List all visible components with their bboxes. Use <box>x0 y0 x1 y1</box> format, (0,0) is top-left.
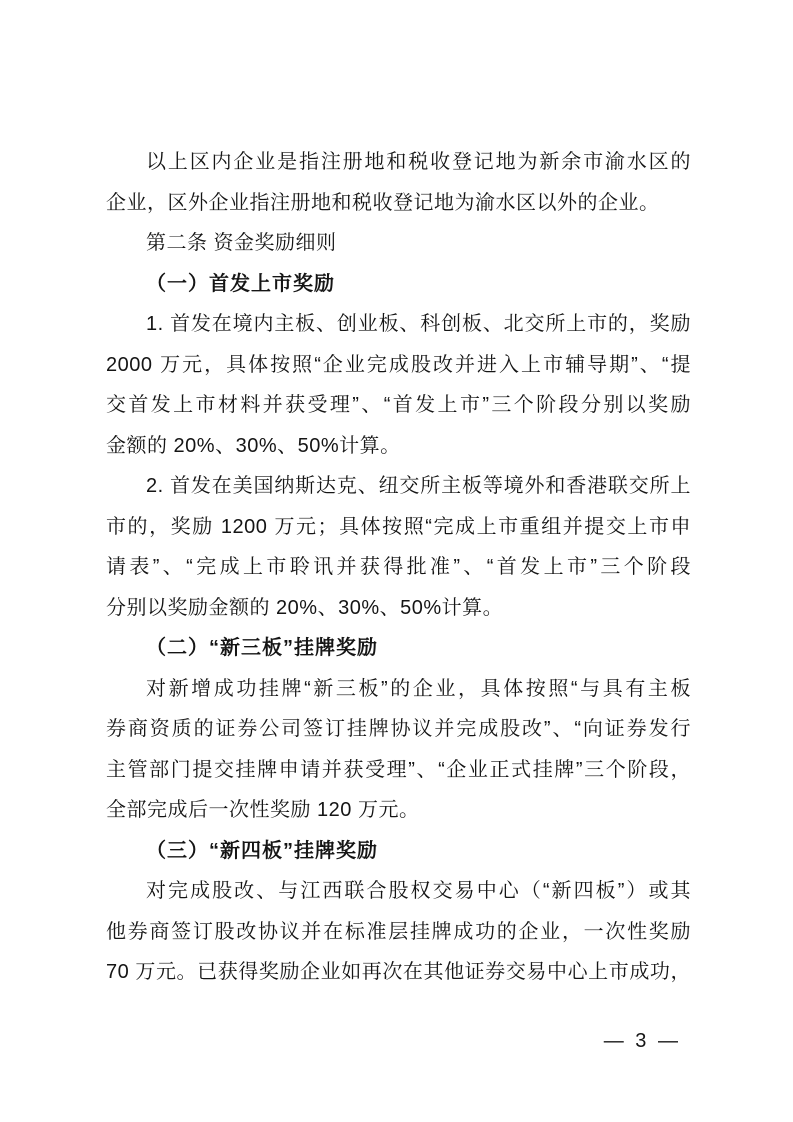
item-2-overseas-ipo-line: 市的，奖励 1200 万元；具体按照“完成上市重组并提交上市申 <box>106 507 691 548</box>
page-number: — 3 — <box>604 1026 681 1056</box>
regional-board-paragraph-line: 他券商签订股改协议并在标准层挂牌成功的企业，一次性奖励 <box>106 912 691 953</box>
neeq-reward-paragraph-line: 主管部门提交挂牌申请并获受理”、“企业正式挂牌”三个阶段， <box>106 750 691 791</box>
section-2-heading: （二）“新三板”挂牌奖励 <box>106 628 691 669</box>
paragraph-scope-definition-line: 以上区内企业是指注册地和税收登记地为新余市渝水区的 <box>106 142 691 183</box>
regional-board-paragraph-line: 对完成股改、与江西联合股权交易中心（“新四板”）或其 <box>106 871 691 912</box>
section-1-heading: （一）首发上市奖励 <box>106 264 691 305</box>
article-2-heading: 第二条 资金奖励细则 <box>106 223 691 264</box>
item-2-overseas-ipo-line: 分别以奖励金额的 20%、30%、50%计算。 <box>106 588 691 629</box>
document-page: 以上区内企业是指注册地和税收登记地为新余市渝水区的 企业，区外企业指注册地和税收… <box>0 0 793 1122</box>
item-1-domestic-ipo-line: 2000 万元，具体按照“企业完成股改并进入上市辅导期”、“提 <box>106 345 691 386</box>
document-body: 以上区内企业是指注册地和税收登记地为新余市渝水区的 企业，区外企业指注册地和税收… <box>106 142 691 993</box>
neeq-reward-paragraph-line: 全部完成后一次性奖励 120 万元。 <box>106 790 691 831</box>
paragraph-scope-definition-line: 企业，区外企业指注册地和税收登记地为渝水区以外的企业。 <box>106 183 691 224</box>
regional-board-paragraph-line: 70 万元。已获得奖励企业如再次在其他证券交易中心上市成功， <box>106 952 691 993</box>
item-2-overseas-ipo-line: 请表”、“完成上市聆讯并获得批准”、“首发上市”三个阶段 <box>106 547 691 588</box>
item-1-domestic-ipo-line: 金额的 20%、30%、50%计算。 <box>106 426 691 467</box>
neeq-reward-paragraph-line: 券商资质的证券公司签订挂牌协议并完成股改”、“向证券发行 <box>106 709 691 750</box>
item-1-domestic-ipo-line: 1. 首发在境内主板、创业板、科创板、北交所上市的，奖励 <box>106 304 691 345</box>
section-3-heading: （三）“新四板”挂牌奖励 <box>106 831 691 872</box>
neeq-reward-paragraph-line: 对新增成功挂牌“新三板”的企业，具体按照“与具有主板 <box>106 669 691 710</box>
item-1-domestic-ipo-line: 交首发上市材料并获受理”、“首发上市”三个阶段分别以奖励 <box>106 385 691 426</box>
item-2-overseas-ipo-line: 2. 首发在美国纳斯达克、纽交所主板等境外和香港联交所上 <box>106 466 691 507</box>
